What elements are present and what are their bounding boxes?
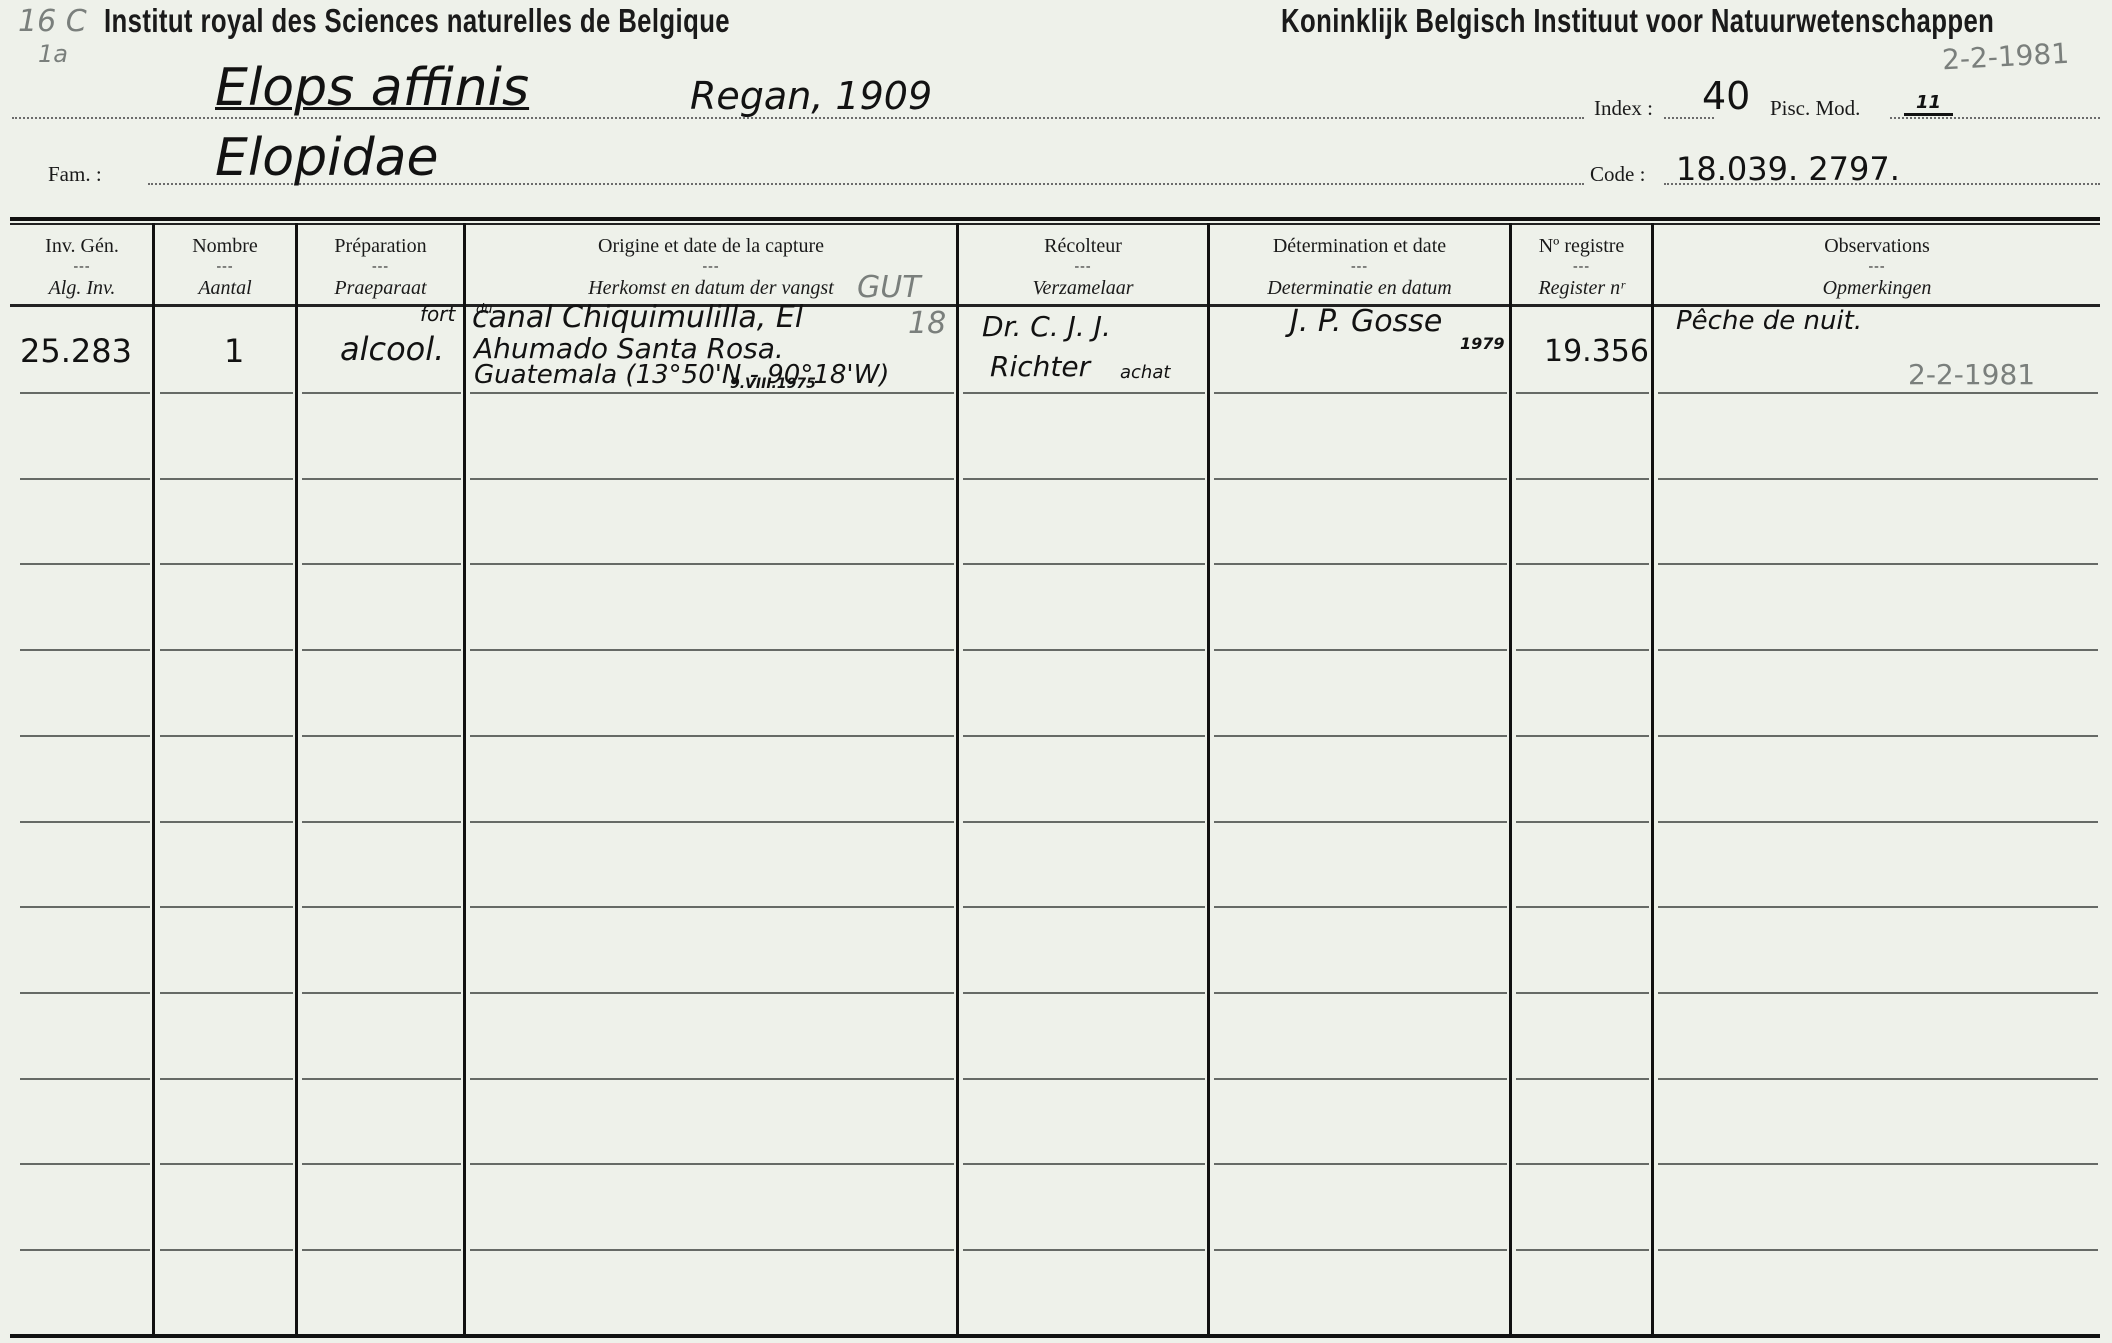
cell-observations: Pêche de nuit. — [1676, 306, 1862, 336]
row-rule — [470, 1163, 954, 1165]
row-rule — [1214, 821, 1507, 823]
row-rule — [302, 563, 461, 565]
row-rule — [963, 1163, 1205, 1165]
margin-note-1a: 1a — [38, 40, 68, 68]
row-rule — [302, 821, 461, 823]
row-rule — [302, 735, 461, 737]
code-label: Code : — [1590, 162, 1645, 187]
row-rule — [470, 821, 954, 823]
table-top-rule — [10, 217, 2100, 221]
row-rule — [1516, 563, 1649, 565]
row-rule — [302, 649, 461, 651]
institute-name-fr: Institut royal des Sciences naturelles d… — [104, 2, 730, 40]
code-value: 18.039. 2797. — [1676, 150, 1900, 188]
column-divider — [1207, 223, 1210, 1335]
row-rule — [20, 1249, 150, 1251]
row-rule — [963, 478, 1205, 480]
row-rule — [1214, 1249, 1507, 1251]
row-rule — [470, 478, 954, 480]
row-rule — [1658, 392, 2098, 394]
row-rule — [20, 1163, 150, 1165]
row-rule — [470, 1078, 954, 1080]
row-rule — [470, 906, 954, 908]
row-rule — [470, 735, 954, 737]
row-rule — [1658, 992, 2098, 994]
column-header-observations: Observations --- Opmerkingen — [1654, 228, 2100, 298]
row-rule — [1658, 1163, 2098, 1165]
row-rule — [1214, 563, 1507, 565]
row-rule — [1516, 1163, 1649, 1165]
row-rule — [1658, 563, 2098, 565]
species-author: Regan, 1909 — [690, 74, 932, 118]
row-rule — [963, 392, 1205, 394]
pisc-mod-value: 11 — [1904, 92, 1953, 116]
row-rule — [1516, 992, 1649, 994]
row-rule — [1214, 392, 1507, 394]
row-rule — [302, 1163, 461, 1165]
column-header-inv-gen: Inv. Gén. --- Alg. Inv. — [12, 228, 152, 298]
column-divider — [463, 223, 466, 1335]
row-rule — [1658, 1078, 2098, 1080]
row-rule — [302, 1249, 461, 1251]
row-rule — [1214, 478, 1507, 480]
row-rule — [470, 649, 954, 651]
column-header-preparation: Préparation --- Praeparaat — [298, 228, 463, 298]
row-rule — [1658, 478, 2098, 480]
table-bottom-rule — [10, 1334, 2100, 1338]
cell-origin-pencil: 18 — [908, 306, 946, 341]
cell-origin-line1: canal Chiquimulilla, El — [472, 300, 803, 335]
row-rule — [963, 992, 1205, 994]
cell-origin-line3: Guatemala (13°50'N - 90°18'W) — [474, 360, 889, 390]
column-divider — [152, 223, 155, 1335]
row-rule — [160, 1163, 293, 1165]
margin-note-16c: 16 C — [18, 4, 87, 39]
cell-determination-year: 1979 — [1460, 334, 1505, 353]
row-rule — [160, 478, 293, 480]
row-rule — [302, 906, 461, 908]
row-rule — [1516, 821, 1649, 823]
row-rule — [963, 649, 1205, 651]
cell-inv-gen: 25.283 — [20, 332, 132, 370]
row-rule — [1214, 906, 1507, 908]
column-divider — [1651, 223, 1654, 1335]
row-rule — [1214, 1163, 1507, 1165]
cell-recolteur-line2: Richter — [990, 350, 1090, 383]
row-rule — [1516, 1249, 1649, 1251]
row-rule — [1214, 1078, 1507, 1080]
row-rule — [20, 992, 150, 994]
table-top-rule-inner — [10, 223, 2100, 225]
row-rule — [470, 1249, 954, 1251]
cell-recolteur-note: achat — [1120, 362, 1170, 383]
column-header-registre: Nº registre --- Register nʳ — [1512, 228, 1651, 298]
row-rule — [1214, 735, 1507, 737]
row-rule — [963, 735, 1205, 737]
cell-registre: 19.356 — [1544, 334, 1649, 369]
row-rule — [302, 1078, 461, 1080]
row-rule — [963, 563, 1205, 565]
column-divider — [1509, 223, 1512, 1335]
top-date-note: 2-2-1981 — [1941, 37, 2070, 77]
row-rule — [1658, 821, 2098, 823]
cell-origin-date: 9.VIII.1975 — [730, 376, 816, 392]
row-rule — [1658, 906, 2098, 908]
column-divider — [295, 223, 298, 1335]
row-rule — [1516, 1078, 1649, 1080]
row-rule — [302, 478, 461, 480]
row-rule — [160, 563, 293, 565]
cell-preparation: alcool. — [340, 330, 444, 368]
family-name: Elopidae — [215, 128, 438, 188]
column-divider — [956, 223, 959, 1335]
origin-country-note: GUT — [857, 270, 921, 305]
row-rule — [20, 392, 150, 394]
row-rule — [160, 649, 293, 651]
column-header-determination: Détermination et date --- Determinatie e… — [1210, 228, 1509, 298]
row-rule — [1214, 992, 1507, 994]
row-rule — [160, 906, 293, 908]
row-rule — [302, 992, 461, 994]
index-label: Index : — [1594, 96, 1653, 121]
row-rule — [20, 563, 150, 565]
row-rule — [20, 478, 150, 480]
row-rule — [160, 735, 293, 737]
row-rule — [1658, 1249, 2098, 1251]
row-rule — [470, 992, 954, 994]
row-rule — [470, 392, 954, 394]
row-rule — [160, 1249, 293, 1251]
pisc-mod-label: Pisc. Mod. — [1770, 96, 1860, 121]
species-name: Elops affinis — [215, 58, 529, 118]
index-value: 40 — [1702, 74, 1750, 118]
row-rule — [1658, 649, 2098, 651]
column-header-recolteur: Récolteur --- Verzamelaar — [959, 228, 1207, 298]
row-rule — [1516, 906, 1649, 908]
row-rule — [20, 649, 150, 651]
row-rule — [963, 906, 1205, 908]
row-rule — [1516, 478, 1649, 480]
row-rule — [1516, 735, 1649, 737]
row-rule — [1516, 649, 1649, 651]
row-rule — [20, 735, 150, 737]
row-rule — [470, 563, 954, 565]
row-rule — [1516, 392, 1649, 394]
row-rule — [160, 392, 293, 394]
cell-nombre: 1 — [224, 332, 244, 370]
family-label: Fam. : — [48, 162, 102, 187]
row-rule — [1214, 649, 1507, 651]
row-rule — [160, 821, 293, 823]
row-rule — [963, 821, 1205, 823]
row-rule — [20, 906, 150, 908]
row-rule — [160, 992, 293, 994]
column-header-nombre: Nombre --- Aantal — [155, 228, 295, 298]
row-rule — [302, 392, 461, 394]
cell-preparation-note: fort — [420, 302, 455, 326]
cell-recolteur-line1: Dr. C. J. J. — [982, 310, 1111, 343]
cell-observations-date: 2-2-1981 — [1908, 358, 2035, 391]
institute-name-nl: Koninklijk Belgisch Instituut voor Natuu… — [1281, 2, 1994, 40]
row-rule — [963, 1078, 1205, 1080]
row-rule — [963, 1249, 1205, 1251]
row-rule — [160, 1078, 293, 1080]
row-rule — [20, 1078, 150, 1080]
row-rule — [1658, 735, 2098, 737]
pisc-mod-dotted-line — [1890, 117, 2100, 119]
row-rule — [20, 821, 150, 823]
cell-determination: J. P. Gosse — [1290, 304, 1442, 339]
